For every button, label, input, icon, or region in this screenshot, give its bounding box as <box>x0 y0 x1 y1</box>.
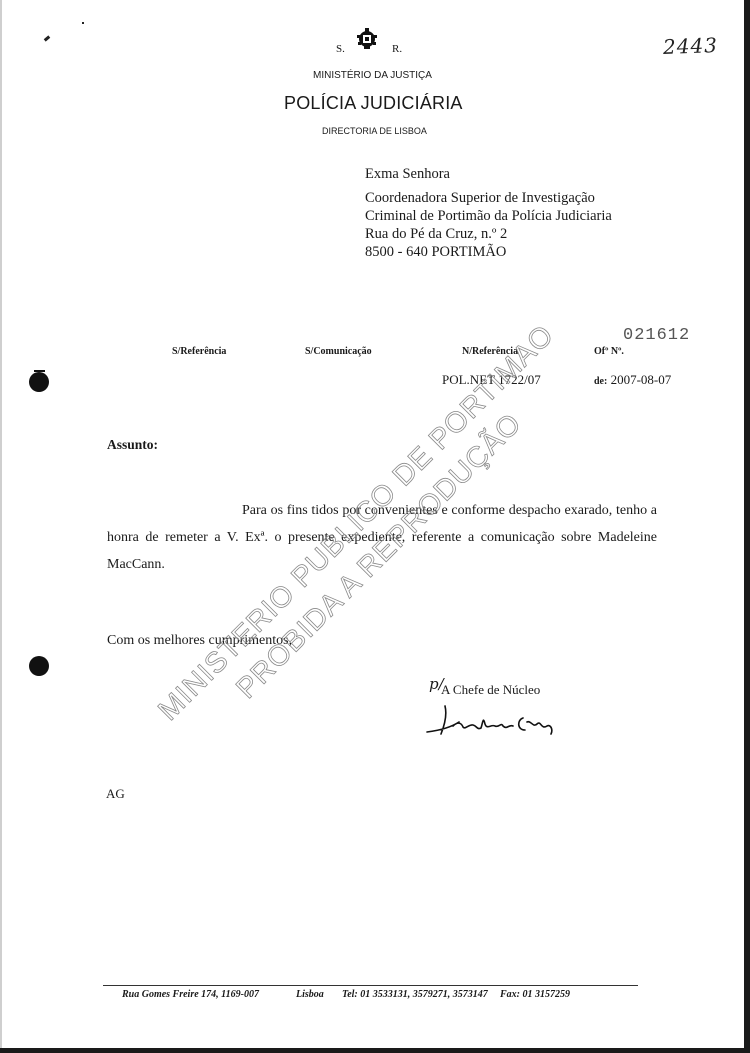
recipient-line: 8500 - 640 PORTIMÃO <box>365 243 612 261</box>
date-value: 2007-08-07 <box>611 372 672 387</box>
s-comunicacao-label: S/Comunicação <box>305 346 372 357</box>
recipient-line: Rua do Pé da Cruz, n.º 2 <box>365 225 612 243</box>
recipient-address: Exma Senhora Coordenadora Superior de In… <box>365 165 612 261</box>
n-referencia-label: N/Referência <box>462 346 518 357</box>
body-paragraph: Para os fins tidos por convenientes e co… <box>107 497 657 578</box>
s-referencia-label: S/Referência <box>172 346 226 357</box>
footer-divider <box>103 985 638 986</box>
coat-of-arms-icon <box>355 27 379 51</box>
punch-hole-bottom <box>29 656 49 676</box>
recipient-line: Criminal de Portimão da Polícia Judiciar… <box>365 207 612 225</box>
scan-left-edge <box>0 0 2 1053</box>
header-r-letter: R. <box>392 43 402 55</box>
header-s-letter: S. <box>336 43 345 55</box>
date-label: de: <box>594 376 607 387</box>
punch-hole-top <box>29 372 49 392</box>
typist-initials: AG <box>106 786 125 802</box>
subject-label: Assunto: <box>107 437 158 453</box>
recipient-greeting: Exma Senhora <box>365 165 612 183</box>
scan-right-edge <box>744 0 750 1053</box>
directorate-name: DIRECTORIA DE LISBOA <box>322 126 427 136</box>
footer-address: Rua Gomes Freire 174, 1169-007 <box>122 989 259 1000</box>
scan-bottom-edge <box>0 1048 750 1053</box>
closing-salutation: Com os melhores cumprimentos, <box>107 633 292 649</box>
footer-city: Lisboa <box>296 989 324 1000</box>
n-referencia-value: POL.NET 1722/07 <box>442 372 541 388</box>
handwritten-page-number: 2443 <box>663 33 719 59</box>
document-page: S. R. MINISTÉRIO DA JUSTIÇA POLÍCIA JUDI… <box>0 0 750 1053</box>
scan-speck-dot <box>82 22 84 24</box>
agency-name: POLÍCIA JUDICIÁRIA <box>284 93 463 114</box>
ministry-name: MINISTÉRIO DA JUSTIÇA <box>313 70 432 81</box>
oficio-number-label: Ofº Nº. <box>594 346 624 357</box>
stamped-oficio-number: 021612 <box>623 326 690 345</box>
body-text: Para os fins tidos por convenientes e co… <box>107 503 657 572</box>
handwritten-signature-icon <box>423 700 563 745</box>
footer-fax: Fax: 01 3157259 <box>500 989 570 1000</box>
date-field: de: 2007-08-07 <box>594 372 671 388</box>
signatory-title: A Chefe de Núcleo <box>441 682 540 698</box>
footer-telephone: Tel: 01 3533131, 3579271, 3573147 <box>342 989 488 1000</box>
scan-speck-mark <box>44 35 51 41</box>
recipient-line: Coordenadora Superior de Investigação <box>365 189 612 207</box>
